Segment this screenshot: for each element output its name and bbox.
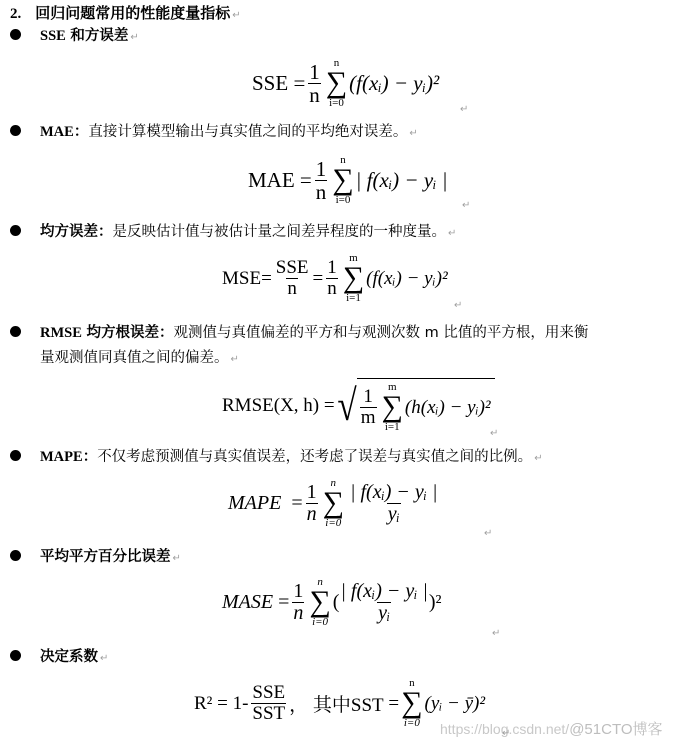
sum-lower: i=0 bbox=[312, 616, 328, 628]
term-label: MAE bbox=[40, 124, 74, 140]
paragraph-mark: ↵ bbox=[448, 228, 456, 239]
paragraph-mark: ↵ bbox=[462, 200, 470, 211]
formula-sse: SSE = 1n n∑i=0 (f(xᵢ) − yᵢ)² bbox=[252, 58, 439, 109]
numerator: 1 bbox=[308, 61, 321, 83]
denominator: n bbox=[306, 503, 318, 525]
fraction: SSEn bbox=[275, 258, 310, 299]
term-label: SSE bbox=[40, 28, 66, 44]
summation-icon: n∑i=0 bbox=[323, 478, 344, 529]
term-cn-label: 平均平方百分比误差 bbox=[40, 549, 171, 565]
term-cn-label: 决定系数 bbox=[40, 649, 98, 665]
watermark: https://blog.csdn.net/@51CTO博客 bbox=[440, 718, 663, 739]
numerator: 1 bbox=[326, 258, 338, 278]
list-item-r2: 决定系数↵ bbox=[10, 646, 108, 670]
separator: ： bbox=[98, 224, 113, 240]
paragraph-mark: ↵ bbox=[534, 453, 542, 464]
sum-lower: i=0 bbox=[329, 97, 344, 109]
denominator: n bbox=[308, 83, 321, 106]
sum-lower: i=1 bbox=[385, 421, 400, 433]
bullet-icon bbox=[10, 29, 21, 40]
formula-lhs: R² = 1- bbox=[194, 693, 248, 715]
paragraph-mark: ↵ bbox=[231, 354, 239, 365]
watermark-brand: @51CTO博客 bbox=[569, 721, 662, 738]
denominator: SST bbox=[251, 703, 286, 724]
separator: ： bbox=[74, 124, 89, 140]
denominator: n bbox=[326, 278, 338, 299]
formula-equals: = bbox=[313, 268, 324, 290]
paragraph-mark: ↵ bbox=[484, 528, 492, 539]
denominator: n bbox=[286, 278, 298, 299]
term-label: MAPE bbox=[40, 449, 83, 465]
fraction: 1n bbox=[292, 581, 304, 624]
term-description: 不仅考虑预测值与真实值误差，还考虑了误差与真实值之间的比例。 bbox=[97, 449, 532, 465]
paragraph-mark: ↵ bbox=[130, 32, 138, 43]
formula-body: (f(xᵢ) − yᵢ)² bbox=[349, 71, 439, 96]
formula-equals: = bbox=[293, 71, 305, 96]
formula-body: (h(xᵢ) − yᵢ)² bbox=[405, 397, 491, 419]
term-description: 是反映估计值与被估计量之间差异程度的一种度量。 bbox=[113, 224, 447, 240]
formula-mape: MAPE = 1n n∑i=0 | f(xᵢ) − yᵢ |yᵢ bbox=[228, 478, 441, 529]
paragraph-mark: ↵ bbox=[502, 728, 510, 739]
summation-icon: m∑i=1 bbox=[343, 253, 364, 304]
summation-icon: n∑i=0 bbox=[326, 58, 347, 109]
formula-lhs: MAE bbox=[248, 168, 295, 193]
formula-lhs: MAPE bbox=[228, 492, 281, 515]
formula-lhs: MASE bbox=[222, 591, 273, 614]
paragraph-mark: ↵ bbox=[173, 553, 181, 564]
sum-lower: i=0 bbox=[336, 194, 351, 206]
paragraph-mark: ↵ bbox=[409, 128, 417, 139]
bullet-icon bbox=[10, 450, 21, 461]
list-item-mape: MAPE：不仅考虑预测值与真实值误差，还考虑了误差与真实值之间的比例。↵ bbox=[10, 446, 543, 470]
denominator: yᵢ bbox=[387, 503, 401, 525]
fraction: | f(xᵢ) − yᵢ |yᵢ bbox=[339, 581, 428, 624]
formula-equals: = bbox=[388, 693, 399, 715]
section-title: 回归问题常用的性能度量指标 bbox=[35, 4, 230, 22]
open-paren: ( bbox=[333, 591, 340, 614]
list-item-mse: 均方误差：是反映估计值与被估计量之间差异程度的一种度量。↵ bbox=[10, 221, 456, 245]
bullet-icon bbox=[10, 225, 21, 236]
bullet-icon bbox=[10, 125, 21, 136]
formula-body: (yᵢ − ȳ)² bbox=[425, 693, 486, 715]
section-heading: 2.回归问题常用的性能度量指标↵ bbox=[10, 2, 241, 23]
formula-equals: = bbox=[278, 591, 289, 614]
numerator: SSE bbox=[251, 683, 286, 703]
term-description-line2: 量观测值同真值之间的偏差。 bbox=[40, 350, 229, 366]
term-cn-label: 均方根误差 bbox=[87, 325, 160, 341]
paragraph-mark: ↵ bbox=[232, 10, 240, 21]
numerator: | f(xᵢ) − yᵢ | bbox=[339, 581, 428, 602]
paragraph-mark: ↵ bbox=[490, 428, 498, 439]
summation-icon: n∑i=0 bbox=[309, 577, 330, 628]
formula-mase: MASE = 1n n∑i=0 ( | f(xᵢ) − yᵢ |yᵢ )² bbox=[222, 577, 442, 628]
term-description: 直接计算模型输出与真实值之间的平均绝对误差。 bbox=[88, 124, 407, 140]
formula-lhs: RMSE(X, h) bbox=[222, 395, 319, 417]
fraction: 1n bbox=[306, 482, 318, 525]
list-item-rmse: RMSE 均方根误差：观测值与真值偏差的平方和与观测次数 m 比值的平方根，用来… bbox=[10, 322, 588, 344]
summation-icon: m∑i=1 bbox=[382, 382, 403, 433]
separator: ： bbox=[159, 325, 174, 341]
paragraph-mark: ↵ bbox=[492, 628, 500, 639]
denominator: yᵢ bbox=[377, 602, 391, 624]
fraction: 1n bbox=[315, 158, 328, 203]
numerator: 1 bbox=[292, 581, 304, 602]
paragraph-mark: ↵ bbox=[100, 653, 108, 664]
denominator: n bbox=[315, 180, 328, 203]
formula-mse: MSE= SSEn = 1n m∑i=1 (f(xᵢ) − yᵢ)² bbox=[222, 253, 448, 304]
list-item-mae: MAE：直接计算模型输出与真实值之间的平均绝对误差。↵ bbox=[10, 121, 418, 145]
paragraph-mark: ↵ bbox=[454, 300, 462, 311]
numerator: | f(xᵢ) − yᵢ | bbox=[349, 482, 438, 503]
denominator: n bbox=[292, 602, 304, 624]
sum-lower: i=1 bbox=[346, 292, 361, 304]
summation-icon: n∑i=0 bbox=[401, 678, 422, 729]
numerator: SSE bbox=[275, 258, 310, 278]
fraction: 1m bbox=[360, 387, 377, 428]
formula-equals: = bbox=[300, 168, 312, 193]
term-description-line1: 观测值与真值偏差的平方和与观测次数 m 比值的平方根，用来衡 bbox=[174, 325, 589, 341]
numerator: 1 bbox=[315, 158, 328, 180]
paragraph-mark: ↵ bbox=[460, 104, 468, 115]
separator: ： bbox=[83, 449, 98, 465]
fraction: 1n bbox=[326, 258, 338, 299]
term-cn-label: 和方误差 bbox=[70, 28, 128, 44]
fraction: | f(xᵢ) − yᵢ |yᵢ bbox=[349, 482, 438, 525]
list-item-sse: SSE 和方误差↵ bbox=[10, 25, 139, 49]
fraction: 1n bbox=[308, 61, 321, 106]
formula-body: (f(xᵢ) − yᵢ)² bbox=[366, 268, 447, 290]
square-root-icon: √ 1m m∑i=1 (h(xᵢ) − yᵢ)² bbox=[335, 378, 496, 434]
term-description-line2-wrap: 量观测值同真值之间的偏差。↵ bbox=[40, 346, 239, 367]
formula-equals: = bbox=[324, 395, 335, 417]
denominator: m bbox=[360, 407, 377, 428]
numerator: 1 bbox=[362, 387, 374, 407]
sum-lower: i=0 bbox=[325, 517, 341, 529]
formula-mae: MAE = 1n n∑i=0 | f(xᵢ) − yᵢ | bbox=[248, 155, 447, 206]
formula-body: | f(xᵢ) − yᵢ | bbox=[356, 168, 448, 193]
fraction: SSESST bbox=[251, 683, 286, 724]
section-number: 2. bbox=[10, 6, 21, 22]
term-label: RMSE bbox=[40, 325, 82, 341]
bullet-icon bbox=[10, 550, 21, 561]
term-cn-label: 均方误差 bbox=[40, 224, 98, 240]
formula-mid-text: ， 其中SST bbox=[289, 690, 384, 717]
formula-rmse: RMSE(X, h) = √ 1m m∑i=1 (h(xᵢ) − yᵢ)² bbox=[222, 378, 495, 434]
formula-lhs: MSE= bbox=[222, 268, 272, 290]
numerator: 1 bbox=[306, 482, 318, 503]
close-paren: )² bbox=[429, 591, 442, 614]
formula-equals: = bbox=[291, 492, 302, 515]
bullet-icon bbox=[10, 650, 21, 661]
list-item-mase: 平均平方百分比误差↵ bbox=[10, 546, 181, 570]
bullet-icon bbox=[10, 326, 21, 337]
sum-lower: i=0 bbox=[404, 717, 420, 729]
summation-icon: n∑i=0 bbox=[332, 155, 353, 206]
formula-lhs: SSE bbox=[252, 71, 288, 96]
